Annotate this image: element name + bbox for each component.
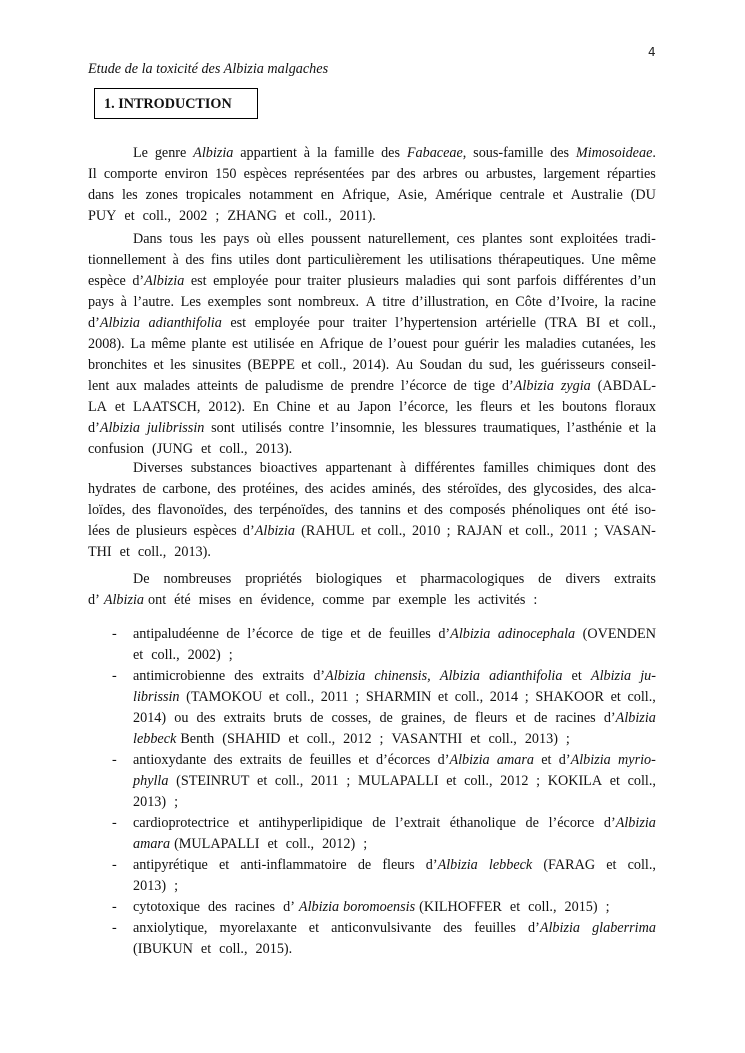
paragraph: Diversessubstancesbioactivesappartenantà…	[88, 458, 656, 563]
list-item: -anxiolytique,myorelaxanteetanticonvulsi…	[88, 918, 656, 960]
text-line: bronchitesetlessinusites(BEPPEetcoll.,20…	[88, 355, 656, 376]
text-line: hydratesdecarbone,desprotéines,desacides…	[88, 479, 656, 500]
text-line: PUYetcoll.,2002;ZHANGetcoll.,2011).	[88, 206, 656, 227]
bullet-dash: -	[112, 813, 117, 834]
bullet-dash: -	[112, 666, 117, 687]
page-number: 4	[648, 45, 656, 59]
paragraph: Danstouslespaysoùellespoussentnaturellem…	[88, 229, 656, 460]
text-line: (IBUKUNetcoll.,2015).	[133, 939, 656, 960]
text-line: LegenreAlbiziaappartientàlafamilledesFab…	[88, 143, 656, 164]
text-line: Diversessubstancesbioactivesappartenantà…	[88, 458, 656, 479]
text-line: antipaludéennedel’écorcedetigeetdefeuill…	[133, 624, 656, 645]
running-header: Etude de la toxicité des Albizia malgach…	[88, 61, 328, 78]
text-line: antipyrétiqueetanti-inflammatoiredefleur…	[133, 855, 656, 876]
text-line: d’Albiziaontétémisesenévidence,commepare…	[88, 590, 656, 611]
list-item: -antipyrétiqueetanti-inflammatoiredefleu…	[88, 855, 656, 897]
text-line: Danstouslespaysoùellespoussentnaturellem…	[88, 229, 656, 250]
paragraph: Denombreusespropriétésbiologiquesetpharm…	[88, 569, 656, 611]
text-line: confusion(JUNGetcoll.,2013).	[88, 439, 656, 460]
text-line: cytotoxiquedesracinesd’Albiziaboromoensi…	[133, 897, 656, 918]
text-line: librissin(TAMOKOUetcoll.,2011;SHARMINetc…	[133, 687, 656, 708]
text-line: amara(MULAPALLIetcoll.,2012);	[133, 834, 656, 855]
text-line: tionnellementàdesfinsutilesdontparticuli…	[88, 250, 656, 271]
text-line: loïdes,desflavonoïdes,desterpénoïdes,des…	[88, 500, 656, 521]
text-line: espèced’Albiziaestemployéepourtraiterplu…	[88, 271, 656, 292]
text-line: Denombreusespropriétésbiologiquesetpharm…	[88, 569, 656, 590]
text-line: d’Albiziajulibrissinsontutiliséscontrel’…	[88, 418, 656, 439]
text-line: Ilcomporteenviron150espècesreprésentéesp…	[88, 164, 656, 185]
text-line: etcoll.,2002);	[133, 645, 656, 666]
section-heading-box: 1. INTRODUCTION	[94, 88, 258, 119]
text-line: 2013);	[133, 792, 656, 813]
text-line: 2013);	[133, 876, 656, 897]
text-line: antimicrobiennedesextraitsd’Albiziachine…	[133, 666, 656, 687]
text-line: anxiolytique,myorelaxanteetanticonvulsiv…	[133, 918, 656, 939]
text-line: THIetcoll.,2013).	[88, 542, 656, 563]
text-line: d’Albiziaadianthifoliaestemployéepourtra…	[88, 313, 656, 334]
bullet-dash: -	[112, 624, 117, 645]
list-item: -cardioprotectriceetantihyperlipidiquede…	[88, 813, 656, 855]
list-item: -antioxydantedesextraitsdefeuillesetd’éc…	[88, 750, 656, 813]
text-line: léesdeplusieursespècesd’Albizia(RAHULetc…	[88, 521, 656, 542]
text-line: paysàl’autre.Lesexemplessontnombreux.Ati…	[88, 292, 656, 313]
text-line: 2014)oudesextraitsbrutsdecosses,degraine…	[133, 708, 656, 729]
bullet-dash: -	[112, 897, 117, 918]
list-item: -antimicrobiennedesextraitsd’Albiziachin…	[88, 666, 656, 750]
text-line: lentauxmaladesatteintsdepaludismedeprend…	[88, 376, 656, 397]
text-line: dansleszonestropicalesnotammentenAfrique…	[88, 185, 656, 206]
paragraph: LegenreAlbiziaappartientàlafamilledesFab…	[88, 143, 656, 227]
list-item: -cytotoxiquedesracinesd’Albiziaboromoens…	[88, 897, 656, 918]
text-line: LAetLAATSCH,2012).EnChineetauJaponl’écor…	[88, 397, 656, 418]
text-line: cardioprotectriceetantihyperlipidiquedel…	[133, 813, 656, 834]
text-line: phylla(STEINRUTetcoll.,2011;MULAPALLIetc…	[133, 771, 656, 792]
bullet-dash: -	[112, 918, 117, 939]
list-item: -antipaludéennedel’écorcedetigeetdefeuil…	[88, 624, 656, 666]
bullet-dash: -	[112, 855, 117, 876]
bullet-dash: -	[112, 750, 117, 771]
text-line: lebbeckBenth(SHAHIDetcoll.,2012;VASANTHI…	[133, 729, 656, 750]
text-line: 2008).LamêmeplanteestutiliséeenAfriquede…	[88, 334, 656, 355]
section-title: 1. INTRODUCTION	[104, 96, 232, 113]
text-line: antioxydantedesextraitsdefeuillesetd’éco…	[133, 750, 656, 771]
